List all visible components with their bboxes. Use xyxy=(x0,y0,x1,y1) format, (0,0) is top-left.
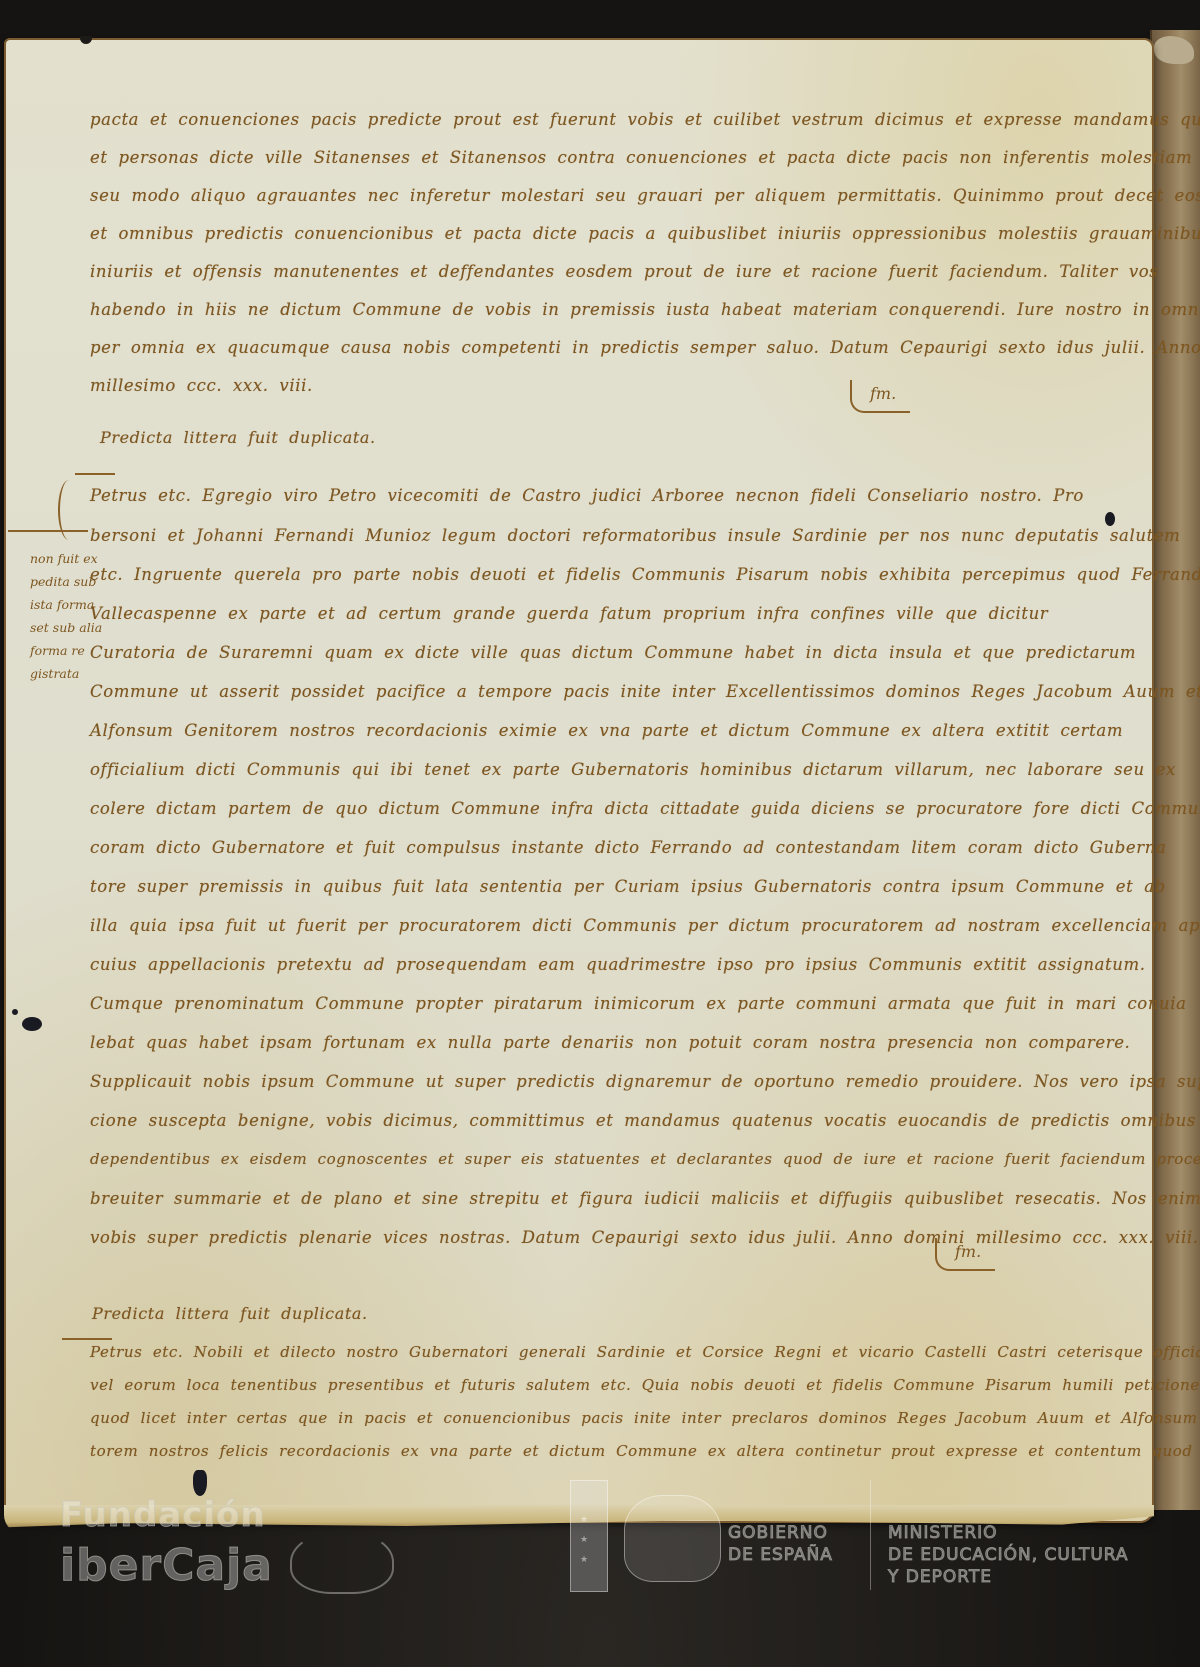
ink-blot xyxy=(193,1470,207,1496)
watermark-text: DE ESPAÑA xyxy=(728,1544,833,1566)
manuscript-line: vobis super predictis plenarie vices nos… xyxy=(90,1230,1199,1247)
manuscript-line: vel eorum loca tenentibus presentibus et… xyxy=(90,1378,1200,1393)
watermark-text: iberCaja xyxy=(60,1540,273,1591)
manuscript-line: seu modo aliquo agrauantes nec inferetur… xyxy=(90,188,1200,205)
scribe-signature: fm. xyxy=(935,1238,995,1271)
ink-blot xyxy=(1105,512,1115,526)
manuscript-line: quod licet inter certas que in pacis et … xyxy=(90,1411,1200,1426)
watermark-text: DE EDUCACIÓN, CULTURA xyxy=(888,1544,1129,1566)
manuscript-line: etc. Ingruente querela pro parte nobis d… xyxy=(90,567,1200,584)
manuscript-line: cione suscepta benigne, vobis dicimus, c… xyxy=(90,1113,1200,1130)
manuscript-line: millesimo ccc. xxx. viii. xyxy=(90,378,313,395)
rubric-duplicata: Predicta littera fuit duplicata. xyxy=(92,1306,368,1322)
watermark-text: GOBIERNO xyxy=(728,1522,833,1544)
ink-blot xyxy=(12,1009,18,1015)
watermark-text: Fundación xyxy=(60,1495,266,1535)
manuscript-line: iniuriis et offensis manutenentes et def… xyxy=(90,264,1158,281)
paragraph-flourish xyxy=(75,473,115,475)
watermark-text: MINISTERIO xyxy=(888,1522,1129,1544)
watermark-text: Y DEPORTE xyxy=(888,1566,1129,1588)
manuscript-line: Petrus etc. Nobili et dilecto nostro Gub… xyxy=(90,1345,1200,1360)
manuscript-line: torem nostros felicis recordacionis ex v… xyxy=(90,1444,1200,1459)
spain-coat-of-arms-icon xyxy=(624,1495,721,1582)
manuscript-line: illa quia ipsa fuit ut fuerit per procur… xyxy=(90,918,1200,935)
margin-note-line: non fuit ex xyxy=(30,551,98,566)
manuscript-line: et omnibus predictis conuencionibus et p… xyxy=(90,226,1200,243)
margin-bracket xyxy=(8,530,88,532)
star-icon: ★ xyxy=(580,1535,588,1545)
watermark-divider xyxy=(870,1480,871,1590)
manuscript-line: cuius appellacionis pretextu ad proseque… xyxy=(90,957,1146,974)
manuscript-line: lebat quas habet ipsam fortunam ex nulla… xyxy=(90,1035,1130,1052)
manuscript-line: et personas dicte ville Sitanenses et Si… xyxy=(90,150,1192,167)
scribe-signature: fm. xyxy=(850,380,910,413)
margin-note-line: pedita sub xyxy=(30,574,96,589)
watermark-ministerio-text: MINISTERIO DE EDUCACIÓN, CULTURA Y DEPOR… xyxy=(888,1522,1129,1588)
rubric-duplicata: Predicta littera fuit duplicata. xyxy=(100,430,376,446)
manuscript-line: bersoni et Johanni Fernandi Munioz legum… xyxy=(90,528,1180,545)
margin-note-line: gistrata xyxy=(30,666,79,681)
manuscript-line: Vallecaspenne ex parte et ad certum gran… xyxy=(90,606,1048,623)
ibercaja-logo-icon xyxy=(290,1530,394,1594)
watermark-gobierno-text: GOBIERNO DE ESPAÑA xyxy=(728,1522,833,1566)
manuscript-line: dependentibus ex eisdem cognoscentes et … xyxy=(90,1152,1200,1167)
star-icon: ★ xyxy=(580,1515,588,1525)
manuscript-line: Cumque prenominatum Commune propter pira… xyxy=(90,996,1187,1013)
manuscript-line: per omnia ex quacumque causa nobis compe… xyxy=(90,340,1200,357)
parchment-folio xyxy=(4,38,1154,1523)
star-icon: ★ xyxy=(580,1555,588,1565)
margin-note-line: ista forma xyxy=(30,597,94,612)
manuscript-line: Commune ut asserit possidet pacifice a t… xyxy=(90,684,1200,701)
manuscript-line: breuiter summarie et de plano et sine st… xyxy=(90,1191,1200,1208)
manuscript-line: tore super premissis in quibus fuit lata… xyxy=(90,879,1166,896)
manuscript-line: coram dicto Gubernatore et fuit compulsu… xyxy=(90,840,1166,857)
margin-note-line: forma re xyxy=(30,643,85,658)
paragraph-flourish xyxy=(62,1338,112,1340)
manuscript-line: Curatoria de Suraremni quam ex dicte vil… xyxy=(90,645,1136,662)
eu-flag-icon xyxy=(570,1480,608,1592)
manuscript-line: Alfonsum Genitorem nostros recordacionis… xyxy=(90,723,1123,740)
ink-blot xyxy=(22,1017,42,1031)
manuscript-line: officialium dicti Communis qui ibi tenet… xyxy=(90,762,1176,779)
manuscript-line: Supplicauit nobis ipsum Commune ut super… xyxy=(90,1074,1200,1091)
manuscript-line: colere dictam partem de quo dictum Commu… xyxy=(90,801,1200,818)
manuscript-line: pacta et conuenciones pacis predicte pro… xyxy=(90,112,1200,129)
manuscript-line: habendo in hiis ne dictum Commune de vob… xyxy=(90,302,1200,319)
manuscript-line: Petrus etc. Egregio viro Petro vicecomit… xyxy=(90,488,1084,505)
